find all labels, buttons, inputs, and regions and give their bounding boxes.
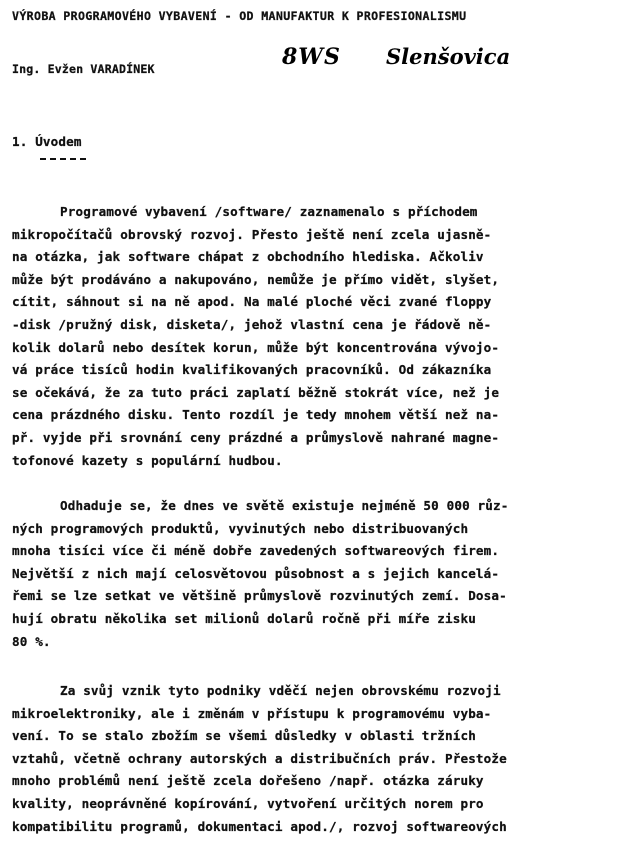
paragraph-line: mikropočítačů obrovský rozvoj. Přesto je… [12,224,499,247]
paragraph-line: př. vyjde při srovnání ceny prázdné a pr… [12,427,499,450]
paragraph-line: cítit, sáhnout si na ně apod. Na malé pl… [12,291,499,314]
paragraph-line: -disk /pružný disk, disketa/, jehož vlas… [12,314,499,337]
paragraph-line: na otázka, jak software chápat z obchodn… [12,246,499,269]
paragraph-line: řemi se lze setkat ve většině průmyslově… [12,585,508,608]
paragraph-line: kolik dolarů nebo desítek korun, může bý… [12,337,499,360]
paragraph-line: Za svůj vznik tyto podniky vděčí nejen o… [12,680,507,703]
paragraph-line: kvality, neoprávněné kopírování, vytvoře… [12,793,507,816]
paragraph-line: vení. To se stalo zbožím se všemi důsled… [12,725,507,748]
paragraph-line: vá práce tisíců hodin kvalifikovaných pr… [12,359,499,382]
paragraph-2: Odhaduje se, že dnes ve světě existuje n… [12,495,508,653]
handwritten-annotation: 8WS [282,44,341,70]
handwritten-signature: Slenšovica [386,44,510,69]
author-name: Ing. Evžen VARADÍNEK [12,62,155,76]
paragraph-line: tofonové kazety s populární hudbou. [12,450,499,473]
document-title: VÝROBA PROGRAMOVÉHO VYBAVENÍ - OD MANUFA… [12,9,466,23]
paragraph-line: Odhaduje se, že dnes ve světě existuje n… [12,495,508,518]
paragraph-line: cena prázdného disku. Tento rozdíl je te… [12,404,499,427]
paragraph-line: 80 %. [12,631,508,654]
typewritten-page: VÝROBA PROGRAMOVÉHO VYBAVENÍ - OD MANUFA… [0,0,630,845]
paragraph-line: ných programových produktů, vyvinutých n… [12,518,508,541]
heading-underline [40,158,86,160]
paragraph-line: Největší z nich mají celosvětovou působn… [12,563,508,586]
paragraph-line: vztahů, včetně ochrany autorských a dist… [12,748,507,771]
paragraph-1: Programové vybavení /software/ zaznamena… [12,201,499,472]
paragraph-line: Programové vybavení /software/ zaznamena… [12,201,499,224]
paragraph-line: hují obratu několika set milionů dolarů … [12,608,508,631]
paragraph-line: mnoha tisíci více či méně dobře zavedený… [12,540,508,563]
paragraph-line: může být prodáváno a nakupováno, nemůže … [12,269,499,292]
paragraph-3: Za svůj vznik tyto podniky vděčí nejen o… [12,680,507,838]
paragraph-line: kompatibilitu programů, dokumentaci apod… [12,816,507,839]
paragraph-line: se očekává, že za tuto práci zaplatí běž… [12,382,499,405]
section-heading: 1. Úvodem [12,134,82,149]
paragraph-line: mnoho problémů není ještě zcela dořešeno… [12,770,507,793]
paragraph-line: mikroelektroniky, ale i změnám v přístup… [12,703,507,726]
